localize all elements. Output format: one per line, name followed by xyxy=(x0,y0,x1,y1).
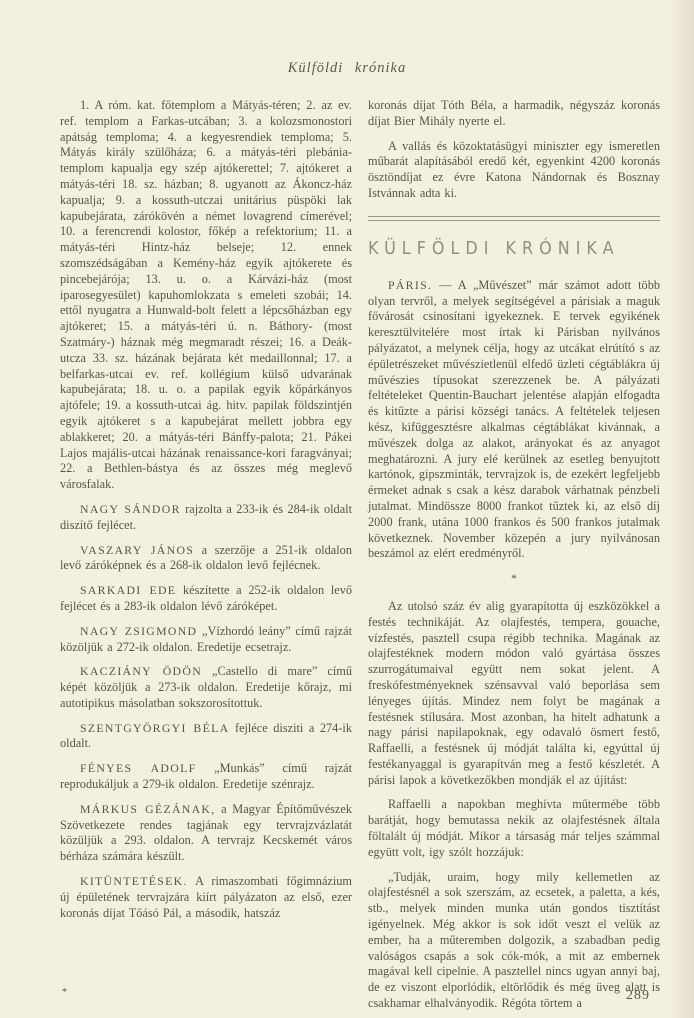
paragraph: KACZIÁNY ÖDÖN „Castello di mare” című ké… xyxy=(60,664,352,711)
paragraph-text: Az utolsó száz év alig gyarapította új e… xyxy=(368,599,660,787)
paragraph: PÁRIS. — A „Művészet” már számot adott t… xyxy=(368,278,660,562)
paragraph: NAGY SÁNDOR rajzolta a 233-ik és 284-ik … xyxy=(60,502,352,534)
running-head: Külföldi krónika xyxy=(0,60,694,77)
paragraph: KITÜNTETÉSEK. A rimaszombati főgimnázium… xyxy=(60,874,352,921)
paragraph-lead: FÉNYES ADOLF xyxy=(80,761,196,775)
paragraph-lead: PÁRIS. xyxy=(388,278,432,292)
paragraph: FÉNYES ADOLF „Munkás” című rajzát reprod… xyxy=(60,761,352,793)
paragraph: SARKADI EDE készítette a 252-ik oldalon … xyxy=(60,583,352,615)
paragraph-lead: KACZIÁNY ÖDÖN xyxy=(80,664,202,678)
star-separator: * xyxy=(368,571,660,587)
section-heading: KÜLFÖLDI KRÓNIKA xyxy=(368,237,660,258)
paragraph: „Tudják, uraim, hogy mily kellemetlen az… xyxy=(368,870,660,1012)
paragraph-lead: VASZARY JÁNOS xyxy=(80,543,194,557)
two-column-text-block: 1. A róm. kat. főtemplom a Mátyás-téren;… xyxy=(60,98,660,1018)
paragraph-lead: KITÜNTETÉSEK. xyxy=(80,874,188,888)
page-number: 289 xyxy=(626,988,650,1004)
paragraph-lead: NAGY ZSIGMOND xyxy=(80,624,197,638)
paragraph-text: koronás díjat Tóth Béla, a harmadik, nég… xyxy=(368,98,660,128)
right-column: koronás díjat Tóth Béla, a harmadik, nég… xyxy=(368,98,660,1018)
paragraph-lead: NAGY SÁNDOR xyxy=(80,502,181,516)
paragraph-text: 1. A róm. kat. főtemplom a Mátyás-téren;… xyxy=(60,98,352,491)
paragraph-lead: SARKADI EDE xyxy=(80,583,176,597)
paragraph: Raffaelli a napokban meghívta műtermébe … xyxy=(368,797,660,860)
paragraph-lead: MÁRKUS GÉZÁNAK, xyxy=(80,802,215,816)
paragraph-text: A vallás és közoktatásügyi miniszter egy… xyxy=(368,139,660,200)
paragraph: NAGY ZSIGMOND „Vízhordó leány” című rajz… xyxy=(60,624,352,656)
paragraph-text: — A „Művészet” már számot adott több oly… xyxy=(368,278,660,561)
continuation-paragraph: koronás díjat Tóth Béla, a harmadik, nég… xyxy=(368,98,660,130)
paragraph: MÁRKUS GÉZÁNAK, a Magyar Építőművészek S… xyxy=(60,802,352,865)
paragraph: VASZARY JÁNOS a szerzője a 251-ik oldalo… xyxy=(60,543,352,575)
section-divider xyxy=(368,216,660,221)
printers-mark: * xyxy=(62,987,67,998)
paragraph-text: „Tudják, uraim, hogy mily kellemetlen az… xyxy=(368,870,660,1010)
numbered-list-paragraph: 1. A róm. kat. főtemplom a Mátyás-téren;… xyxy=(60,98,352,493)
paragraph: Az utolsó száz év alig gyarapította új e… xyxy=(368,599,660,789)
paragraph: SZENTGYÖRGYI BÉLA fejléce disziti a 274-… xyxy=(60,721,352,753)
paragraph-lead: SZENTGYÖRGYI BÉLA xyxy=(80,721,229,735)
left-column: 1. A róm. kat. főtemplom a Mátyás-téren;… xyxy=(60,98,352,1018)
paragraph: A vallás és közoktatásügyi miniszter egy… xyxy=(368,139,660,202)
paragraph-text: Raffaelli a napokban meghívta műtermébe … xyxy=(368,797,660,858)
page-edge-shadow xyxy=(668,0,694,1018)
scanned-document-page: Külföldi krónika 1. A róm. kat. főtemplo… xyxy=(0,0,694,1018)
